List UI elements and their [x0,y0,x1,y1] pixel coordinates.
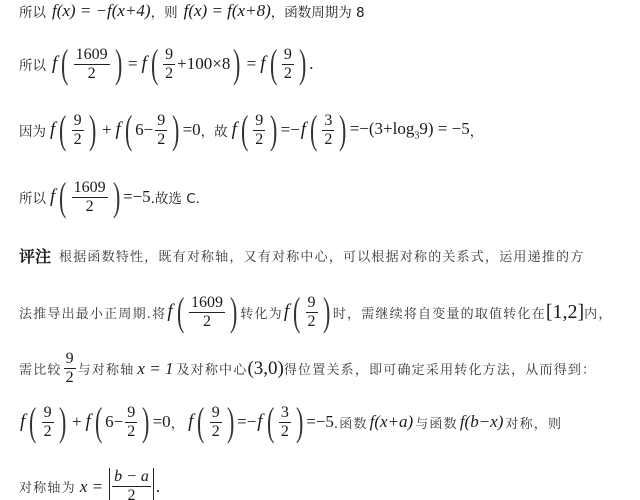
text-suffix: ，函数周期为 8 [271,1,365,21]
commentary-line-2: 法推导出最小正周期.将 f ( 1609 2 ) 转化为 f ( 9 2 ) 时… [19,292,613,332]
fraction-9-2: 9 2 [125,404,137,441]
left-paren: ( [61,44,68,84]
equation-period: f(x) = f(x+8) [184,1,271,21]
fraction-9-2: 9 2 [72,112,84,149]
commentary-tag: 评注 [19,244,51,267]
fraction-9-2: 9 2 [282,46,294,83]
commentary-line-3: 需比较 9 2 与对称轴 x = 1 及对称中心 (3,0) 得位置关系，即可确… [19,350,596,387]
right-paren: ) [115,44,122,84]
solution-line-2: 所以 f ( 1609 2 ) = f ( 9 2 +100×8 ) = f (… [19,44,313,84]
commentary-line-5: 对称轴为 x = b − a 2 . [19,468,160,500]
fraction-9-2: 9 2 [64,350,76,387]
text-prefix: 所以 [19,1,46,21]
commentary-line-1: 评注 根据函数特性，既有对称轴，又有对称中心，可以根据对称的关系式，运用递推的方 [19,244,584,267]
equation-period-half: f(x) = −f(x+4) [52,1,151,21]
fraction-1609-2: 1609 2 [189,294,225,331]
fraction-3-2: 3 2 [322,112,334,149]
fraction-9-2: 9 2 [42,404,54,441]
fraction-9-2: 9 2 [163,46,175,83]
answer-choice: .故选 C. [151,187,200,207]
result-value: =−5 [123,187,151,207]
fraction-3-2: 3 2 [279,404,291,441]
solution-line-4: 所以 f ( 1609 2 ) =−5 .故选 C. [19,177,200,217]
interval: [1,2] [546,301,584,324]
func-f-b-minus-x: f(b−x) [460,412,504,432]
fraction-9-2: 9 2 [253,112,265,149]
commentary-line-4: f ( 9 2 ) + f ( 6− 9 2 ) =0 ， f ( 9 2 ) … [19,402,562,442]
solution-line-1: 所以 f(x) = −f(x+4) ，则 f(x) = f(x+8) ，函数周期… [19,1,365,21]
plus-term: +100×8 [177,54,230,74]
fraction-9-2: 9 2 [210,404,222,441]
text-sep: ，则 [151,1,178,21]
fraction-9-2: 9 2 [155,112,167,149]
text-prefix: 所以 [19,54,46,74]
solution-line-3: 因为 f ( 9 2 ) + f ( 6− 9 2 ) =0 ，故 f ( 9 … [19,110,483,150]
log-expression: =−(3+log39) = −5 [350,119,470,141]
absolute-fraction: b − a 2 [109,468,154,500]
func-f-x-plus-a: f(x+a) [370,412,414,432]
axis-equation: x = 1 [137,359,173,379]
text-prefix: 因为 [19,120,46,140]
fraction-1609-2: 1609 2 [74,46,110,83]
fraction-9-2: 9 2 [306,294,318,331]
fraction-1609-2: 1609 2 [72,179,108,216]
func-f: f [52,53,57,75]
center-point: (3,0) [247,358,283,380]
